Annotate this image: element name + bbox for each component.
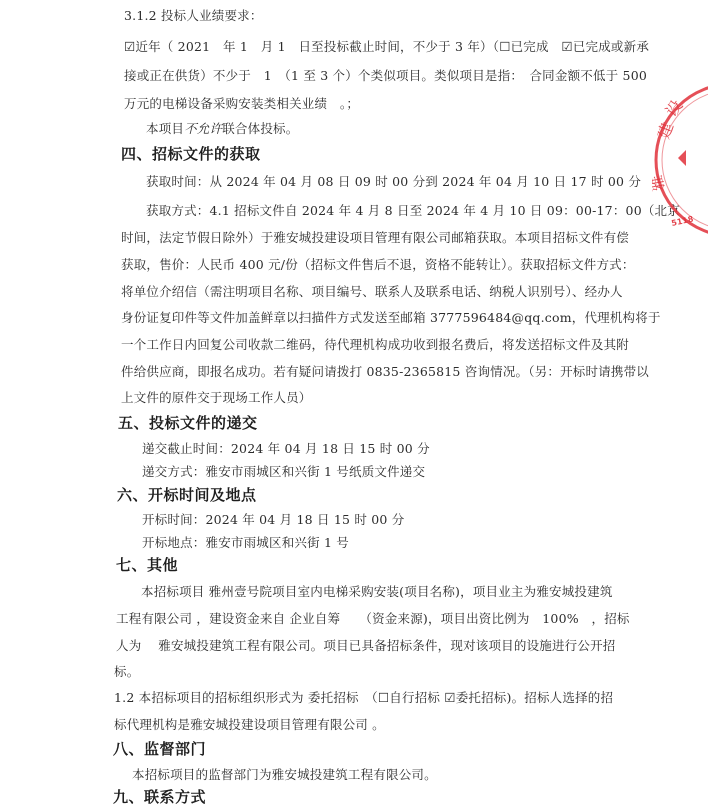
text-span: 已完成 [511,39,562,54]
acquisition-method-line-6: 一个工作日内回复公司收款二维码，待代理机构成功收到报名费后，将发送招标文件及其附 [121,337,629,353]
opening-place: 开标地点：雅安市雨城区和兴街 1 号 [142,535,349,551]
checkbox-empty-icon: ☐ [378,690,389,705]
acquisition-method-line-2: 时间，法定节假日除外）于雅安城投建设项目管理有限公司邮箱获取。本项目招标文件有偿 [121,230,629,246]
acquisition-method-line-1: 获取方式：4.1 招标文件自 2024 年 4 月 8 日至 2024 年 4 … [146,203,680,219]
acquisition-method-line-8: 上文件的原件交于现场工作人员） [121,390,312,406]
checkbox-checked-icon: ☑ [124,39,135,54]
text-span: 自行招标 [389,690,444,705]
joint-bid-notice: 本项目不允许联合体投标。 [146,121,298,137]
project-info-line-3: 人为 雅安城投建筑工程有限公司。项目已具备招标条件，现对该项目的设施进行公开招 [116,638,615,654]
text-span: 近年（ 2021 年 1 月 1 日至投标截止时间，不少于 3 年）（ [135,39,499,54]
project-info-line-2: 工程有限公司 ，建设资金来自 企业自筹 （资金来源)，项目出资比例为 100% … [116,611,630,627]
text-span: 已完成或新承 [573,39,649,54]
svg-text:建: 建 [654,120,677,142]
svg-text:5118: 5118 [671,214,695,228]
text-span: 委托招标)。招标人选择的招 [456,690,613,705]
acquisition-method-line-5: 身份证复印件等文件加盖鲜章以扫描件方式发送至邮箱 3777596484@qq.c… [121,310,661,326]
section-6-heading: 六、开标时间及地点 [117,486,257,504]
project-info-line-4: 标。 [114,664,139,680]
section-9-heading: 九、联系方式 [113,788,206,806]
submission-deadline: 递交截止时间：2024 年 04 月 18 日 15 时 00 分 [142,441,430,457]
organization-form-line-2: 标代理机构是雅安城投建设项目管理有限公司 。 [114,717,385,733]
performance-requirement-line-3: 万元的电梯设备采购安装类相关业绩 。； [124,96,359,112]
section-4-heading: 四、招标文件的获取 [121,145,261,163]
project-info-line-1: 本招标项目 雅州壹号院项目室内电梯采购安装(项目名称)，项目业主为雅安城投建筑 [141,584,613,600]
section-7-heading: 七、其他 [116,556,178,574]
acquisition-time: 获取时间：从 2024 年 04 月 08 日 09 时 00 分到 2024 … [146,174,641,190]
checkbox-checked-icon: ☑ [561,39,572,54]
text-span: 1.2 本招标项目的招标组织形式为 委托招标 （ [114,690,378,705]
submission-method: 递交方式：雅安市雨城区和兴街 1 号纸质文件递交 [142,464,425,480]
official-seal-stamp: 设 建 雅 5118 [652,70,708,250]
performance-requirement-line-2: 接或正在供货）不少于 1 （1 至 3 个）个类似项目。类似项目是指： 合同金额… [124,68,647,84]
opening-time: 开标时间：2024 年 04 月 18 日 15 时 00 分 [142,512,404,528]
svg-text:设: 设 [662,96,687,120]
text-span: 联合体投标。 [222,121,298,136]
section-3-1-2-title: 3.1.2 投标人业绩要求： [124,8,263,24]
organization-form-line-1: 1.2 本招标项目的招标组织形式为 委托招标 （☐自行招标 ☑委托招标)。招标人… [114,690,613,706]
acquisition-method-line-7: 件给供应商，即报名成功。若有疑问请拨打 0835-2365815 咨询情况。（另… [121,364,649,380]
acquisition-method-line-3: 获取，售价：人民币 400 元/份（招标文件售后不退，资格不能转让）。获取招标文… [121,257,635,273]
checkbox-empty-icon: ☐ [499,39,510,54]
section-5-heading: 五、投标文件的递交 [118,414,258,432]
checkbox-checked-icon: ☑ [444,690,455,705]
supervision-department: 本招标项目的监督部门为雅安城投建筑工程有限公司。 [132,767,437,783]
joint-bid-not-allowed: 不允许 [184,121,222,136]
performance-requirement-line-1: ☑近年（ 2021 年 1 月 1 日至投标截止时间，不少于 3 年）（☐已完成… [124,39,649,55]
svg-text:雅: 雅 [652,174,668,193]
document-page: 3.1.2 投标人业绩要求： ☑近年（ 2021 年 1 月 1 日至投标截止时… [0,0,708,809]
section-8-heading: 八、监督部门 [113,740,206,758]
acquisition-method-line-4: 将单位介绍信（需注明项目名称、项目编号、联系人及联系电话、纳税人识别号）、经办人 [121,284,623,300]
text-span: 本项目 [146,121,184,136]
